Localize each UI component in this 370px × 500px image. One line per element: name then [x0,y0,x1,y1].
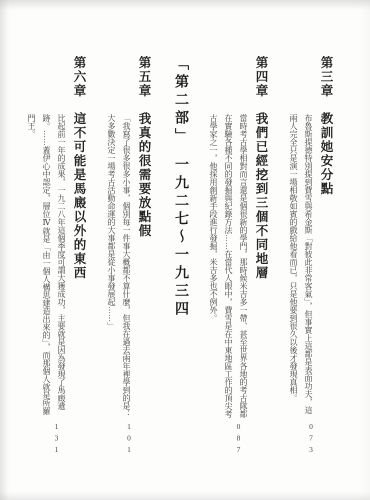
toc-entry-chapter-3: 第三章 教訓她安分點 布魯斯提德特別提到費雪與希金斯「對彼此非常客氣」，但事實上… [286,56,336,456]
part-title: 「第二部」 一九二七～一九三四 [169,56,191,456]
chapter-heading: 第六章 這不可能是馬廄以外的東西 [69,56,89,456]
chapter-heading: 第四章 我們已經挖到三個不同地層 [251,56,271,456]
part-divider: 「第二部」 一九二七～一九三四 [169,56,191,456]
page-edge-shadow-left [0,0,9,500]
page-number: 073 [307,422,316,457]
page-number: 101 [125,422,134,457]
toc-entry-chapter-5: 第五章 我真的很需要放點假 「我寫了很多很多小事，個別每一件事大概都不算什麼，但… [104,56,154,456]
chapter-heading: 第三章 教訓她安分點 [316,56,336,456]
chapter-annotation: 布魯斯提德特別提到費雪與希金斯「對彼此非常客氣」，但事實上這都是表面功夫，這兩人… [286,114,316,418]
page-edge-shadow-bottom [0,492,370,500]
chapter-annotation: 比起前一年的成果，一九二八年這個季度可謂大獲成功，主要就是因為發現了馬廄遺跡。…… [24,114,69,418]
page-edge-shadow-top [0,0,370,10]
book-page: 第三章 教訓她安分點 布魯斯提德特別提到費雪與希金斯「對彼此非常客氣」，但事實上… [0,0,370,500]
chapter-annotation: 當時考古學相對而言還是個很新的學門，那時候米吉多一帶、甚至世界各地的考古隊都在實… [206,114,251,418]
page-number: 131 [52,422,61,457]
chapter-annotation: 「我寫了很多很多小事，個別每一件事大概都不算什麼，但我在過去兩年裡學到的是：大多… [104,114,134,418]
toc-entry-chapter-4: 第四章 我們已經挖到三個不同地層 當時考古學相對而言還是個很新的學門，那時候米吉… [206,56,271,456]
chapter-heading: 第五章 我真的很需要放點假 [134,56,154,456]
table-of-contents: 第三章 教訓她安分點 布魯斯提德特別提到費雪與希金斯「對彼此非常客氣」，但事實上… [16,56,336,456]
page-number: 087 [234,422,243,457]
toc-entry-chapter-6: 第六章 這不可能是馬廄以外的東西 比起前一年的成果，一九二八年這個季度可謂大獲成… [24,56,89,456]
